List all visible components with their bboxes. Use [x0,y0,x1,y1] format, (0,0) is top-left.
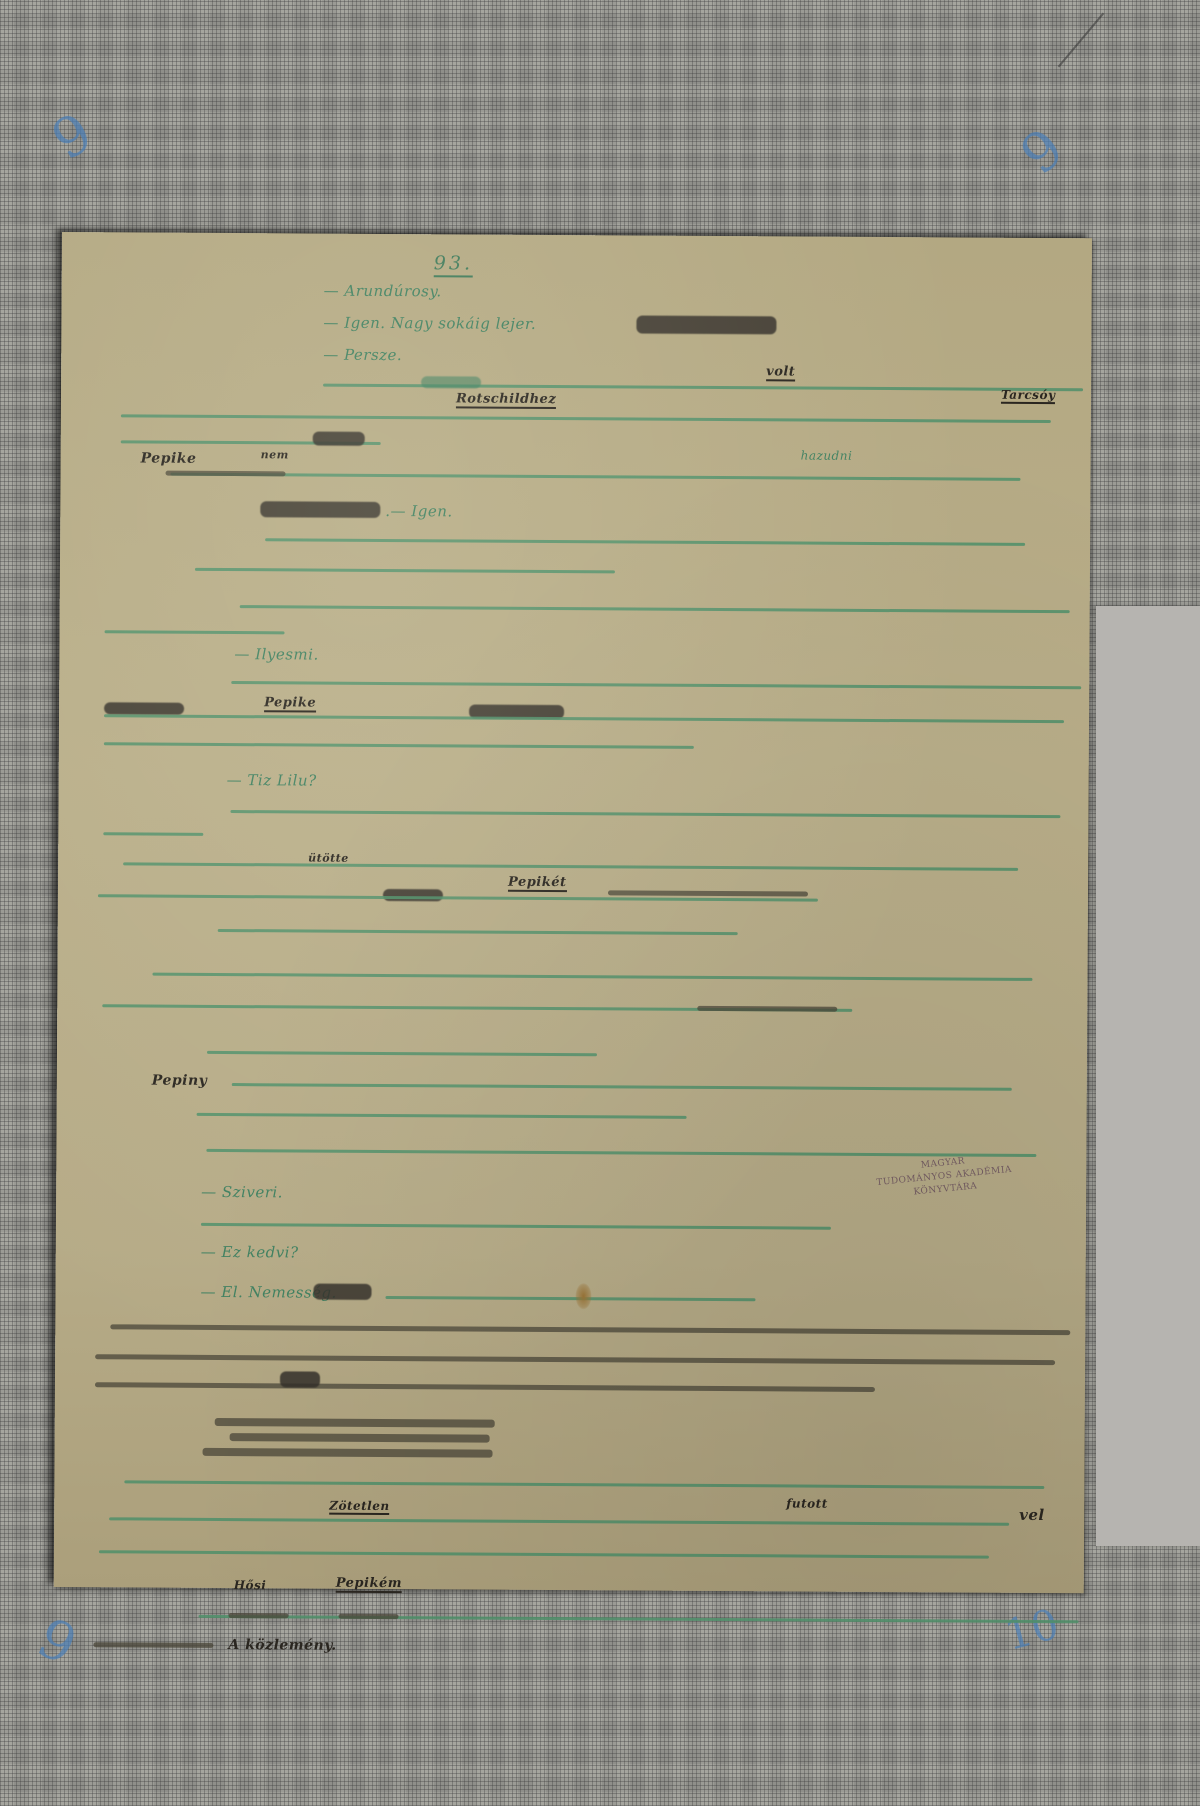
strikethrough [608,890,808,896]
text-line [105,630,285,634]
text-line [230,810,1060,818]
insertion-futott: futott [786,1496,828,1510]
insertion-pepike-2: Pepike [264,695,316,712]
insertion-nem: nem [261,448,289,461]
text-line [103,832,203,836]
strikethrough-block [203,1448,493,1458]
dialogue-igen: .— Igen. [385,502,452,520]
pencil-mark-top-right [1058,13,1105,68]
insertion-pepiket: Pepikét [508,875,567,892]
text-line [218,929,738,935]
text-line [197,1113,687,1119]
text-line [109,1517,1009,1525]
text-line [121,414,1051,423]
text-line [124,1480,1044,1489]
manuscript-page: 93. — Arundúrosy. — Igen. Nagy sokáig le… [54,232,1092,1593]
margin-mark-bottom-left: 9 [28,1606,86,1678]
text-line [240,605,1070,613]
text-line [99,1550,989,1558]
redaction-9 [280,1371,320,1387]
redaction-2 [421,376,481,388]
margin-mark-bottom-right: 10 [1000,1599,1064,1660]
page-number: 93. [434,252,473,277]
insertion-volt: volt [766,364,795,381]
dialogue-line-4: — Ilyesmi. [234,645,318,664]
dialogue-line-5: — Tiz Lilu? [227,771,317,790]
strikethrough-block [110,1324,1070,1335]
dialogue-line-8: — Ez kedvi? [201,1243,299,1262]
text-line [104,742,694,749]
insertion-hazudni: hazudni [801,449,853,463]
insertion-tarcsoy: Tarcsóy [1001,388,1056,404]
strikethrough [93,1642,213,1648]
margin-mark-top-right: 9 [1009,116,1076,186]
insertion-rotschildhez: Rotschildhez [456,391,556,409]
backing-sheet [1096,606,1200,1546]
dialogue-line-3: — Persze. [323,346,402,364]
text-line [152,973,1032,981]
ink-stain [575,1283,591,1309]
redaction-8 [313,1284,371,1300]
text-line [232,1083,1012,1091]
text-line [123,862,1018,870]
margin-mark-top-left: 9 [42,101,103,173]
redaction-5 [104,702,184,714]
text-line [171,473,1021,481]
text-line [201,1223,831,1230]
text-line [231,681,1081,689]
text-line [385,1296,755,1301]
library-stamp: MAGYAR TUDOMÁNYOS AKADÉMIA KÖNYVTÁRA [875,1151,1014,1203]
insertion-pepikem: Pepikém [336,1576,402,1593]
text-line [207,1051,597,1056]
strikethrough-block [95,1382,875,1392]
dialogue-line-1: — Arundúrosy. [324,282,442,301]
text-line [199,1615,1079,1623]
dialogue-line-6: — Sziveri. [201,1183,283,1201]
insertion-pepiny: Pepiny [152,1073,208,1089]
text-line [195,568,615,574]
strikethrough-block [215,1418,495,1428]
strikethrough-block [230,1433,490,1443]
strikethrough [339,1614,399,1619]
text-line [104,714,1064,723]
redaction-4 [260,501,380,518]
redaction-1 [636,316,776,335]
text-line [206,1149,1036,1157]
strikethrough [697,1006,837,1012]
strikethrough [229,1613,289,1618]
insertion-pepike-1: Pepike [141,450,197,466]
strikethrough [166,471,286,477]
redaction-3 [313,432,365,446]
closing-line: A közlemény. [228,1637,336,1654]
dialogue-line-2: — Igen. Nagy sokáig lejer. [323,314,536,333]
insertion-zotetlen: Zötetlen [329,1499,390,1515]
insertion-vel: vel [1019,1506,1045,1524]
text-line [265,538,1025,546]
insertion-hosi: Hősi [234,1578,267,1592]
strikethrough-block [95,1354,1055,1365]
